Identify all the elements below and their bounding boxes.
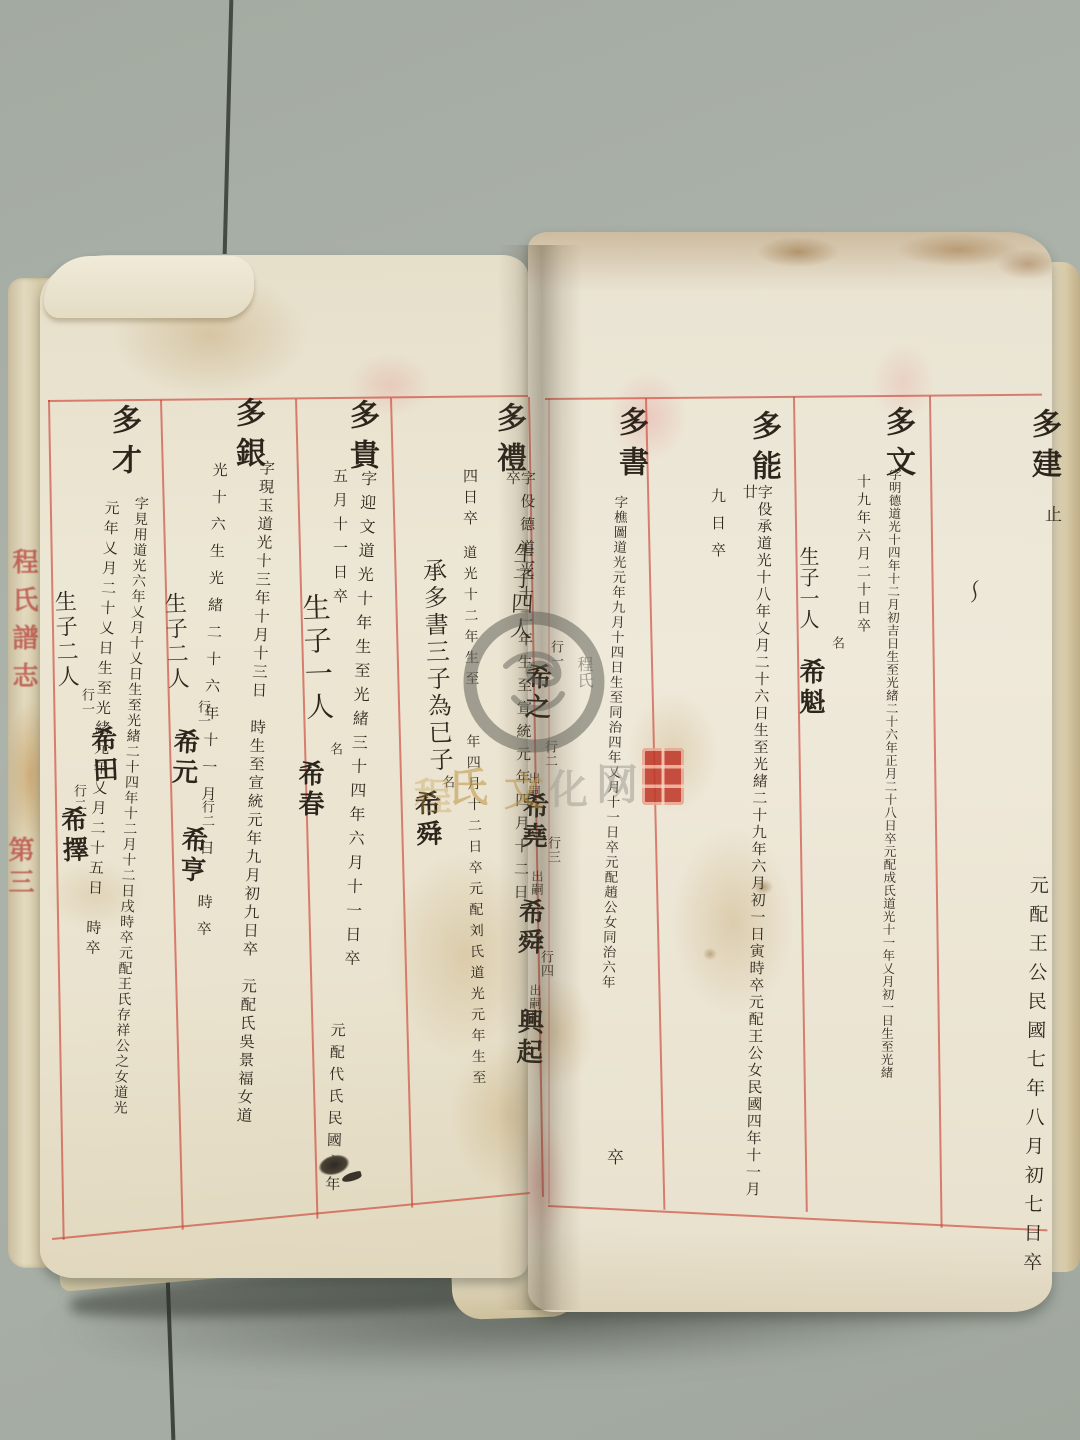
entry-duoneng-bio-wrap: 九日卒 (710, 488, 725, 576)
site-watermark-char: 网 (596, 752, 638, 812)
entry-duoli-adoption-note: 承多書三子為已子 (420, 558, 452, 779)
son-rank: 行一 (196, 700, 209, 730)
tile-seam-top (223, 0, 234, 254)
site-watermark-char: 氏 (448, 756, 488, 813)
entry-duogui-bio-wrap: 五月十一日卒 (332, 468, 347, 618)
entry-duocai-children-heading: 生子二人 (52, 590, 77, 691)
site-watermark-char: 文 (504, 760, 544, 817)
red-seal-watermark (642, 748, 684, 805)
entry-duoshu-bio-tail: 卒 (604, 1148, 621, 1174)
site-watermark-char: 化 (548, 758, 588, 815)
entry-duoyin-children-heading: 生子二人 (162, 592, 187, 693)
entry-duogui-children-heading: 生子一人 (300, 593, 333, 734)
entry-duowen-son-name: 希魁 (797, 658, 823, 730)
son-name: 希擇 (58, 805, 88, 878)
left-page-top-curl (44, 256, 254, 318)
son-name: 希亨 (176, 825, 206, 896)
genealogy-book-photo: 程氏譜志 第三 多建 止 〜 元配王公民國七年八月初七日卒 多文 字明德道光十四… (0, 0, 1080, 1440)
entry-duoli-bio-wrap: 四日卒 (462, 468, 477, 534)
son-name: 希田 (88, 725, 118, 796)
entry-duojian-status: 止 (1042, 505, 1059, 535)
entry-duocai-name: 多才 (108, 404, 138, 504)
son-rank: 行一 (80, 688, 93, 718)
entry-duogui-son-name: 希春 (296, 760, 322, 830)
spine-volume: 第三 (6, 836, 32, 916)
entry-duojian-name: 多建 (1028, 408, 1058, 508)
spine-title: 程氏譜志 (10, 548, 36, 718)
entry-duoshu-name: 多書 (615, 406, 645, 506)
son-name: 希元 (168, 727, 198, 798)
site-watermark-char: 程 (414, 766, 452, 821)
entry-duogui-name-label: 名 (328, 742, 341, 762)
logo-watermark-text: 程氏 (576, 656, 592, 716)
entry-duowen-bio-wrap: 十九年六月二十日卒 (856, 474, 870, 646)
entry-duowen-children-heading: 生子一人 (798, 546, 818, 641)
entry-duowen-name-label: 名 (830, 636, 843, 656)
